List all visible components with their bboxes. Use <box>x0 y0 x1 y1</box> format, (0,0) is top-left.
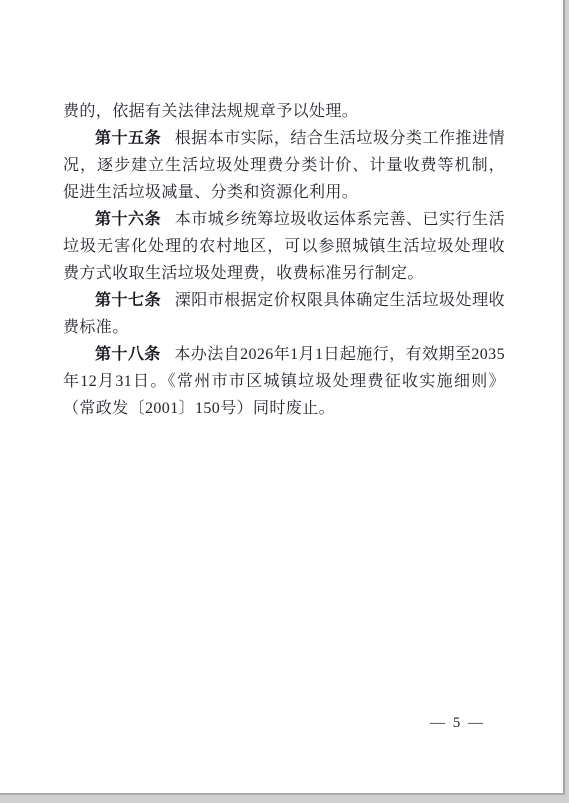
paragraph-article-17: 第十七条溧阳市根据定价权限具体确定生活垃圾处理收费标准。 <box>63 287 505 341</box>
paragraph-text: 费的，依据有关法律法规规章予以处理。 <box>63 103 358 120</box>
paragraph-article-18: 第十八条本办法自2026年1月1日起施行，有效期至2035年12月31日。《常州… <box>63 341 505 422</box>
page-number: — 5 — <box>430 710 485 737</box>
document-page: 费的，依据有关法律法规规章予以处理。 第十五条根据本市实际，结合生活垃圾分类工作… <box>0 0 565 795</box>
article-number-label: 第十八条 <box>95 346 161 363</box>
article-number-label: 第十七条 <box>95 292 161 309</box>
document-body: 费的，依据有关法律法规规章予以处理。 第十五条根据本市实际，结合生活垃圾分类工作… <box>63 98 505 422</box>
article-number-label: 第十五条 <box>95 130 161 147</box>
paragraph-article-15: 第十五条根据本市实际，结合生活垃圾分类工作推进情况，逐步建立生活垃圾处理费分类计… <box>63 125 505 206</box>
paragraph-article-16: 第十六条本市城乡统筹垃圾收运体系完善、已实行生活垃圾无害化处理的农村地区，可以参… <box>63 206 505 287</box>
article-number-label: 第十六条 <box>95 211 161 228</box>
paragraph-continuation: 费的，依据有关法律法规规章予以处理。 <box>63 98 505 125</box>
